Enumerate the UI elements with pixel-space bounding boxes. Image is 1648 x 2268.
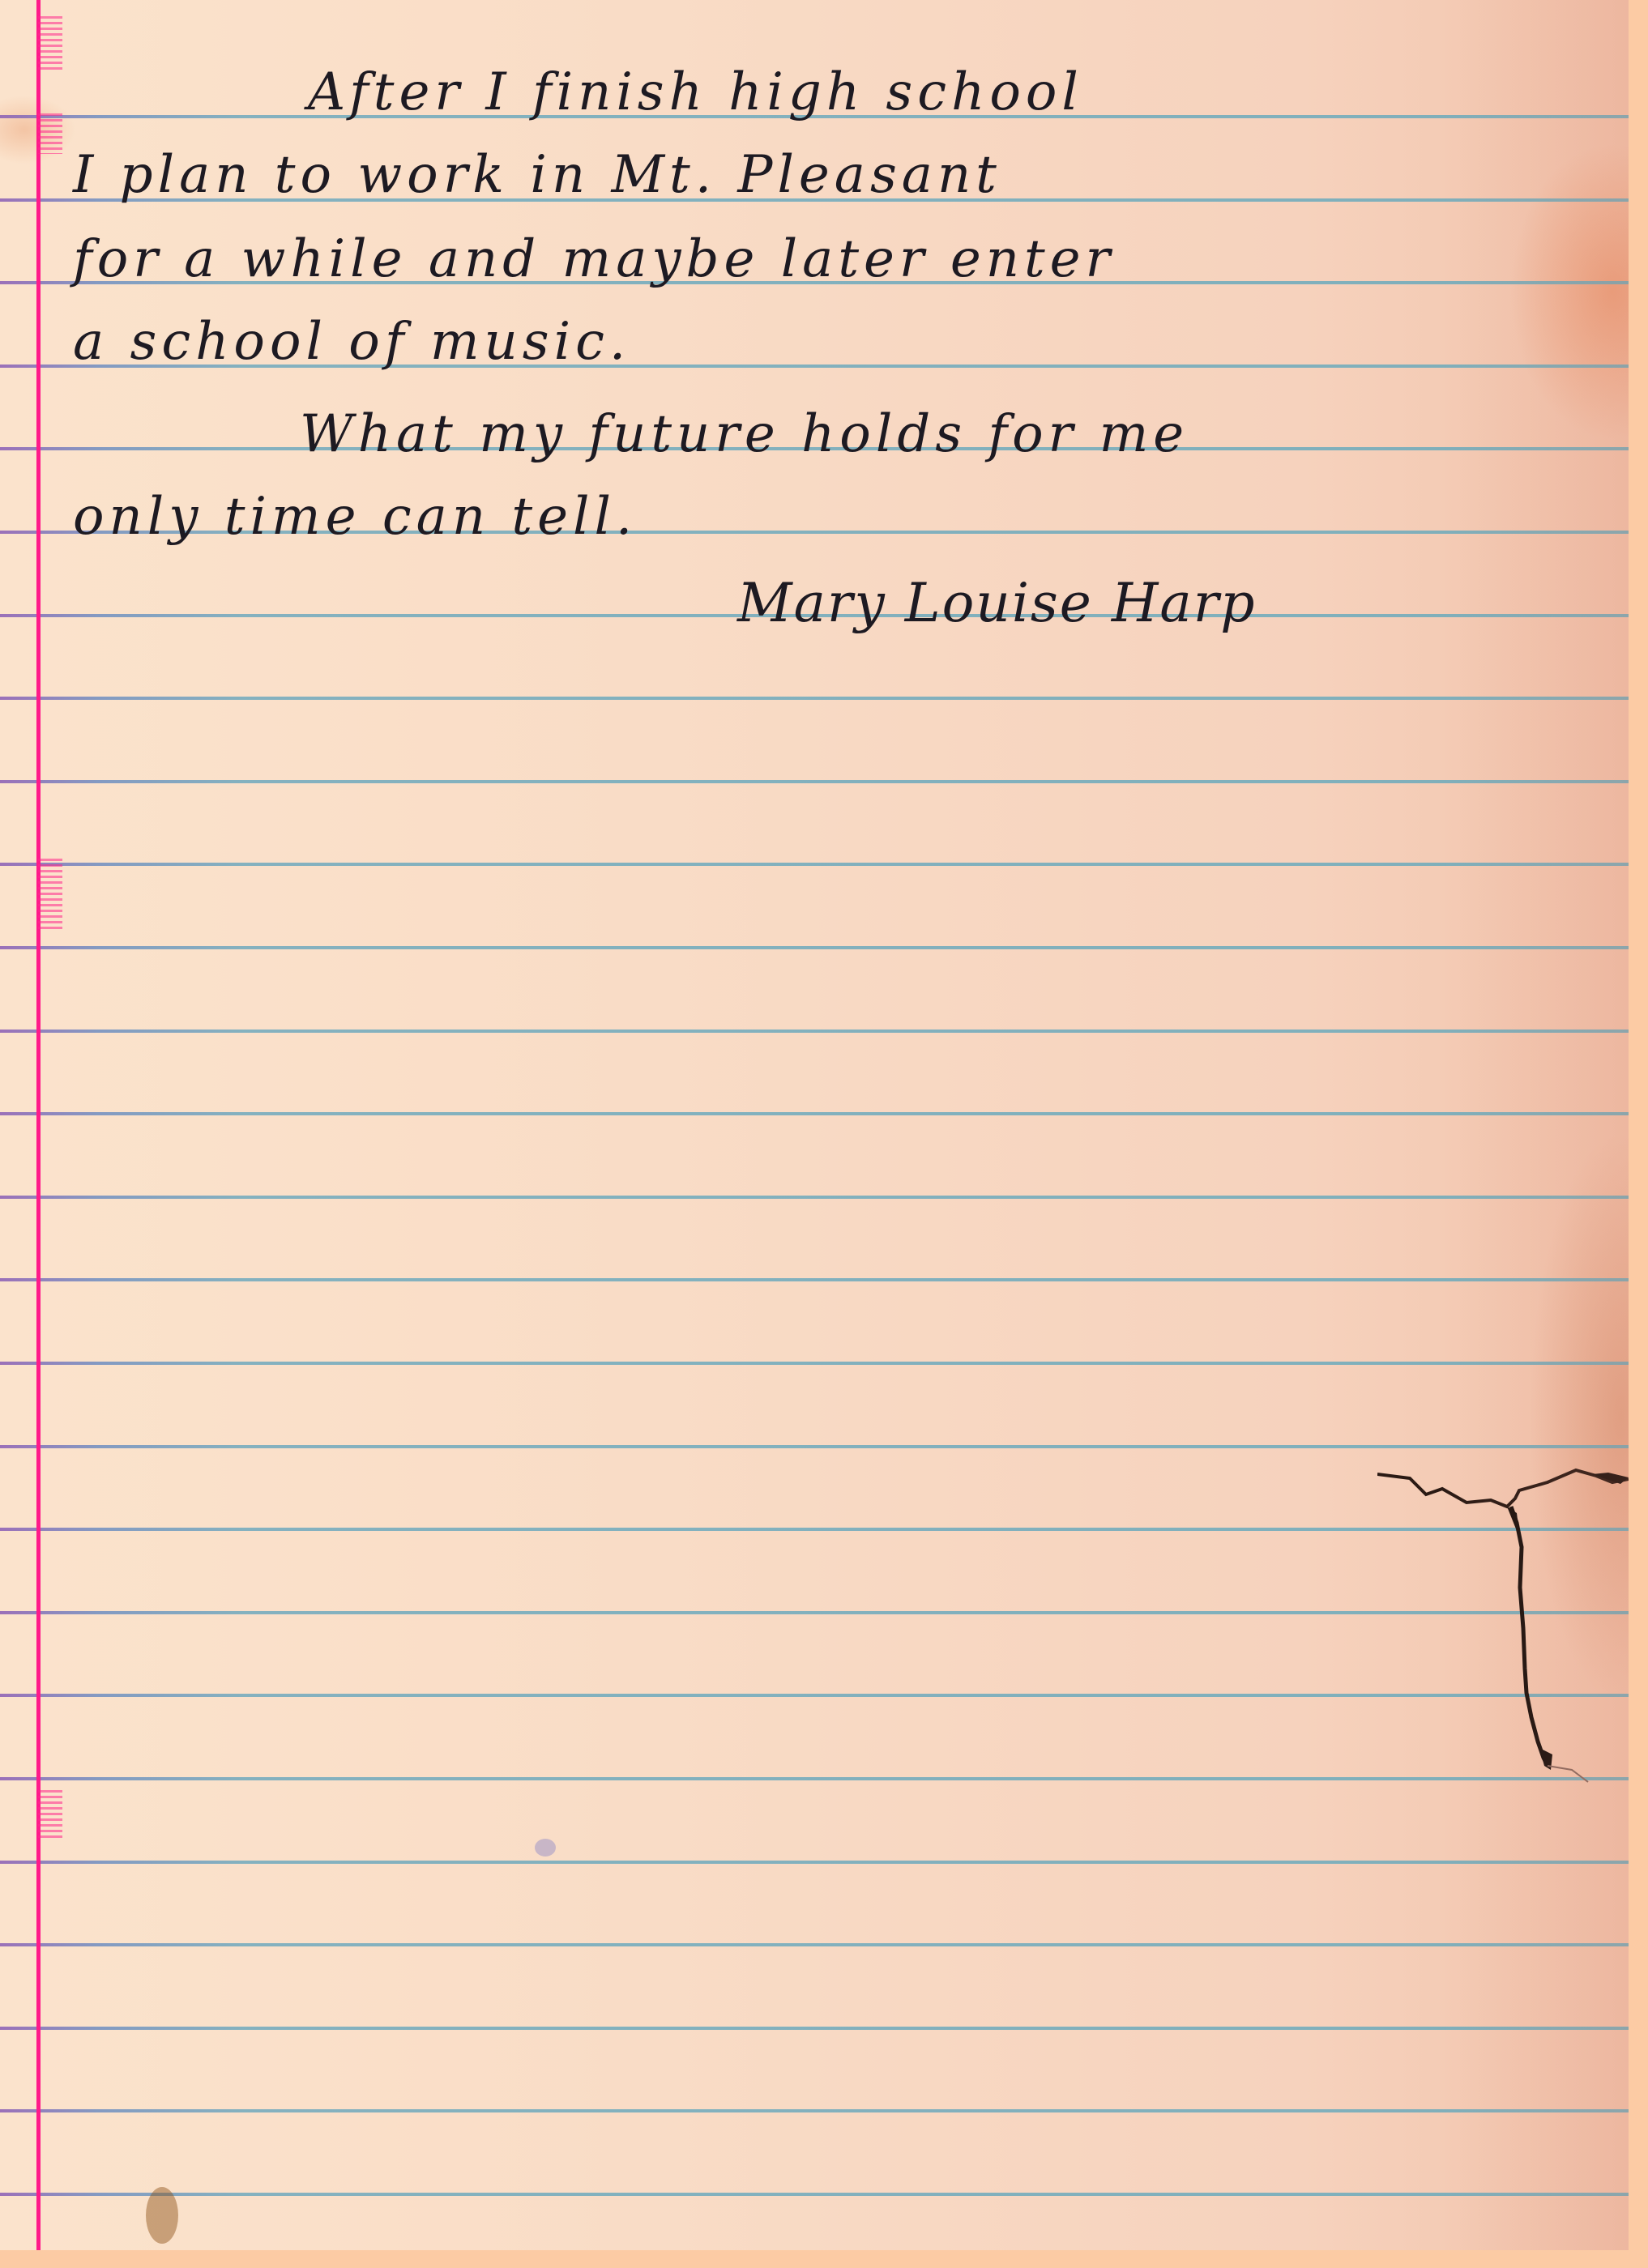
margin-ink-bleed: [38, 113, 62, 154]
ruled-line: [0, 1943, 1629, 1946]
margin-line: [36, 0, 41, 2250]
handwritten-line: After I finish high school: [308, 66, 1083, 118]
margin-ink-bleed: [38, 859, 62, 932]
ink-spot: [535, 1839, 556, 1857]
ruled-line: [0, 1861, 1629, 1864]
handwritten-line: a school of music.: [73, 316, 630, 368]
ruled-line: [0, 1030, 1629, 1033]
ruled-line: [0, 1362, 1629, 1365]
ruled-line: [0, 863, 1629, 866]
ruled-line: [0, 780, 1629, 783]
paper-tear: [1377, 1426, 1629, 1798]
ruled-line: [0, 1278, 1629, 1281]
ruled-line: [0, 697, 1629, 700]
ruled-line: [0, 946, 1629, 949]
notebook-page: After I finish high school I plan to wor…: [0, 0, 1629, 2250]
margin-ink-bleed: [38, 1790, 62, 1839]
handwritten-line: for a while and maybe later enter: [73, 233, 1115, 285]
signature: Mary Louise Harp: [737, 577, 1257, 630]
ruled-line: [0, 2027, 1629, 2030]
handwritten-line: What my future holds for me: [300, 408, 1189, 460]
margin-ink-bleed: [38, 16, 62, 73]
ruled-line: [0, 2193, 1629, 2196]
handwritten-line: only time can tell.: [73, 491, 637, 543]
stain-mark: [146, 2187, 178, 2244]
ruled-line: [0, 2109, 1629, 2112]
ruled-line: [0, 1112, 1629, 1115]
ruled-line: [0, 1196, 1629, 1199]
handwritten-line: I plan to work in Mt. Pleasant: [73, 149, 1001, 201]
